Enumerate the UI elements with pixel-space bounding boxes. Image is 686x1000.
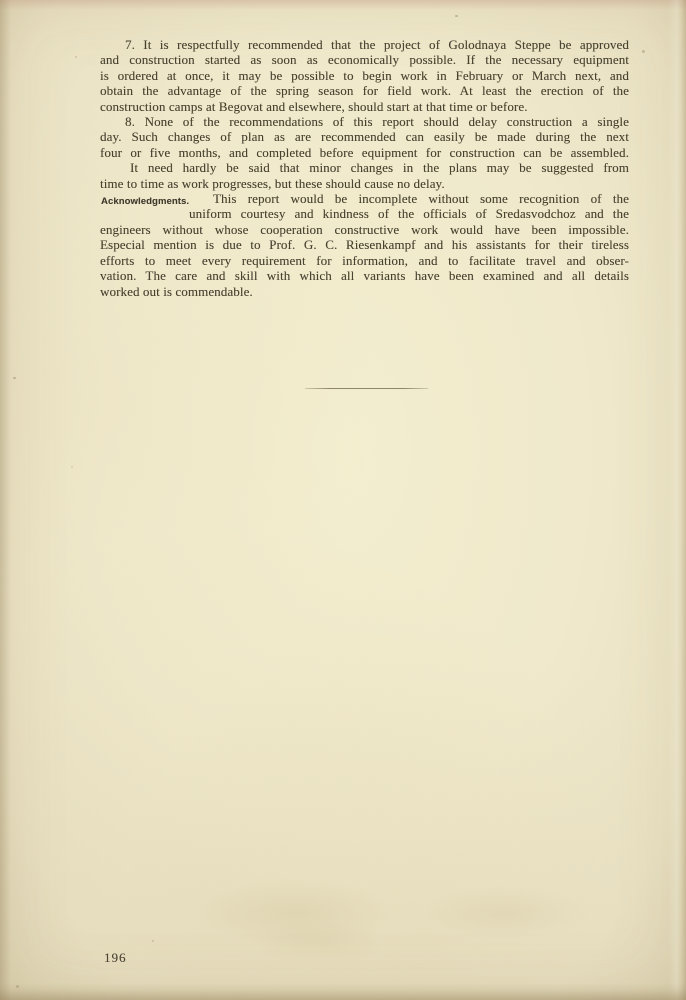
- text-line: uniform courtesy and kindness of the off…: [100, 206, 629, 221]
- text-line: 7. It is respectfully recommended that t…: [100, 37, 629, 52]
- paper-stain: [195, 878, 395, 948]
- text-line: This report would be incomplete without …: [100, 191, 629, 206]
- text-line: efforts to meet every requirement for in…: [100, 253, 629, 268]
- page-edge-shadow-bottom: [0, 983, 686, 1000]
- page-edge-shadow-right: [668, 0, 686, 1000]
- paper-speck: [642, 50, 645, 53]
- page-edge-shadow-top: [0, 0, 686, 10]
- paper-speck: [75, 56, 77, 58]
- text-line: is ordered at once, it may be possible t…: [100, 68, 629, 83]
- paper-speck: [455, 15, 458, 17]
- text-line: day. Such changes of plan as are recomme…: [100, 129, 629, 144]
- text-line: four or five months, and completed befor…: [100, 145, 629, 160]
- text-line: It need hardly be said that minor change…: [100, 160, 629, 175]
- text-line: construction camps at Begovat and elsewh…: [100, 99, 629, 114]
- paper-speck: [13, 377, 16, 379]
- paper-speck: [152, 940, 154, 942]
- text-line: vation. The care and skill with which al…: [100, 268, 629, 283]
- text-line: time to time as work progresses, but the…: [100, 176, 629, 191]
- paper-speck: [16, 985, 19, 988]
- text-line: and construction started as soon as econ…: [100, 52, 629, 67]
- text-line: Especial mention is due to Prof. G. C. R…: [100, 237, 629, 252]
- paper-stain: [420, 885, 590, 940]
- text-line: engineers without whose cooperation cons…: [100, 222, 629, 237]
- paper-speck: [71, 466, 73, 468]
- text-line: worked out is commendable.: [100, 284, 629, 299]
- body-text-block: 7. It is respectfully recommended that t…: [100, 37, 629, 299]
- text-line: obtain the advantage of the spring seaso…: [100, 83, 629, 98]
- page-number: 196: [104, 950, 127, 966]
- text-line: 8. None of the recommendations of this r…: [100, 114, 629, 129]
- paper-stain: [250, 920, 390, 965]
- section-divider-rule: [305, 388, 428, 389]
- page-edge-shadow-left: [0, 0, 11, 1000]
- scanned-document-page: Acknowledgments. 7. It is respectfully r…: [0, 0, 686, 1000]
